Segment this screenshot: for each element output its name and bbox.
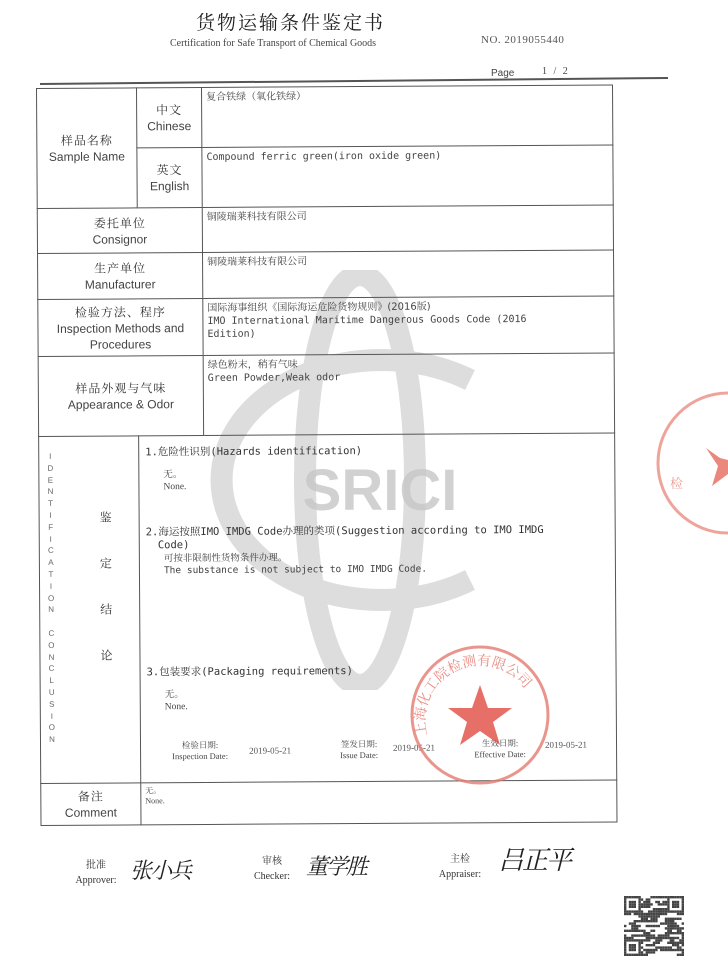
document-title-en: Certification for Safe Transport of Chem… <box>170 38 376 49</box>
vertical-label-en: IDENTIFICATION CONCLUSION <box>45 451 57 746</box>
inspection-methods-value: 国际海事组织《国际海运危险货物规则》(2016版) IMO Internatio… <box>203 296 614 356</box>
checker-signature: 董学胜 <box>306 850 366 881</box>
approver-signature: 张小兵 <box>130 854 190 885</box>
appraiser-label: 主检 Appraiser: <box>428 852 492 882</box>
page-label: Page <box>491 68 514 79</box>
conclusion-item-hazards: 1.危险性识别(Hazards identification) 无。 None. <box>145 443 362 493</box>
signature-row: 批准 Approver: 张小兵 审核 Checker: 董学胜 主检 Appr… <box>0 852 728 902</box>
comment-value: 无。 None. <box>141 780 617 825</box>
sample-name-label: 样品名称 Sample Name <box>37 88 138 209</box>
english-label: 英文 English <box>137 147 202 207</box>
appearance-value: 绿色粉末，稍有气味 Green Powder,Weak odor <box>203 353 614 436</box>
document-title-cn: 货物运输条件鉴定书 <box>196 8 385 35</box>
inspection-methods-label: 检验方法、程序 Inspection Methods and Procedure… <box>38 298 203 356</box>
appearance-label: 样品外观与气味 Appearance & Odor <box>38 355 203 436</box>
qr-code[interactable] <box>624 895 684 957</box>
conclusion-item-imdg: 2.海运按照IMO IMDG Code办理的类项(Suggestion acco… <box>146 522 546 577</box>
chinese-label: 中文 Chinese <box>137 87 202 147</box>
dates-row: 检验日期: Inspection Date: 2019-05-21 签发日期: … <box>141 737 616 740</box>
effective-date-value: 2019-05-21 <box>545 740 587 750</box>
inspection-date-value: 2019-05-21 <box>249 745 291 755</box>
issue-date-value: 2019-05-21 <box>393 743 435 753</box>
conclusion-item-packaging: 3.包装要求(Packaging requirements) 无。 None. <box>147 663 354 713</box>
identification-conclusion-label: IDENTIFICATION CONCLUSION 鉴定结论 <box>39 436 141 784</box>
inspection-date-label: 检验日期: Inspection Date: <box>155 740 245 763</box>
consignor-value: 铜陵瑞莱科技有限公司 <box>202 205 613 253</box>
conclusion-body: 1.危险性识别(Hazards identification) 无。 None.… <box>139 433 617 783</box>
approver-label: 批准 Approver: <box>64 858 128 888</box>
manufacturer-value: 铜陵瑞莱科技有限公司 <box>203 250 614 299</box>
effective-date-label: 生效日期: Effective Date: <box>463 738 537 760</box>
issue-date-label: 签发日期: Issue Date: <box>329 739 389 761</box>
sample-name-english-value: Compound ferric green(iron oxide green) <box>202 145 613 208</box>
consignor-label: 委托单位 Consignor <box>37 207 202 253</box>
sample-name-chinese-value: 复合铁绿（氧化铁绿） <box>201 85 612 148</box>
certificate-table: 样品名称 Sample Name 中文 Chinese 复合铁绿（氧化铁绿） 英… <box>36 84 616 826</box>
comment-label: 备注 Comment <box>41 783 141 826</box>
edge-seal-stamp: 检 <box>640 388 728 538</box>
svg-text:检: 检 <box>670 476 683 492</box>
manufacturer-label: 生产单位 Manufacturer <box>38 252 203 299</box>
checker-label: 审核 Checker: <box>240 854 304 884</box>
appraiser-signature: 吕正平 <box>498 840 570 877</box>
vertical-label-cn: 鉴定结论 <box>97 495 114 679</box>
certificate-number: NO. 2019055440 <box>481 34 564 46</box>
page-number: 1 / 2 <box>542 66 570 77</box>
